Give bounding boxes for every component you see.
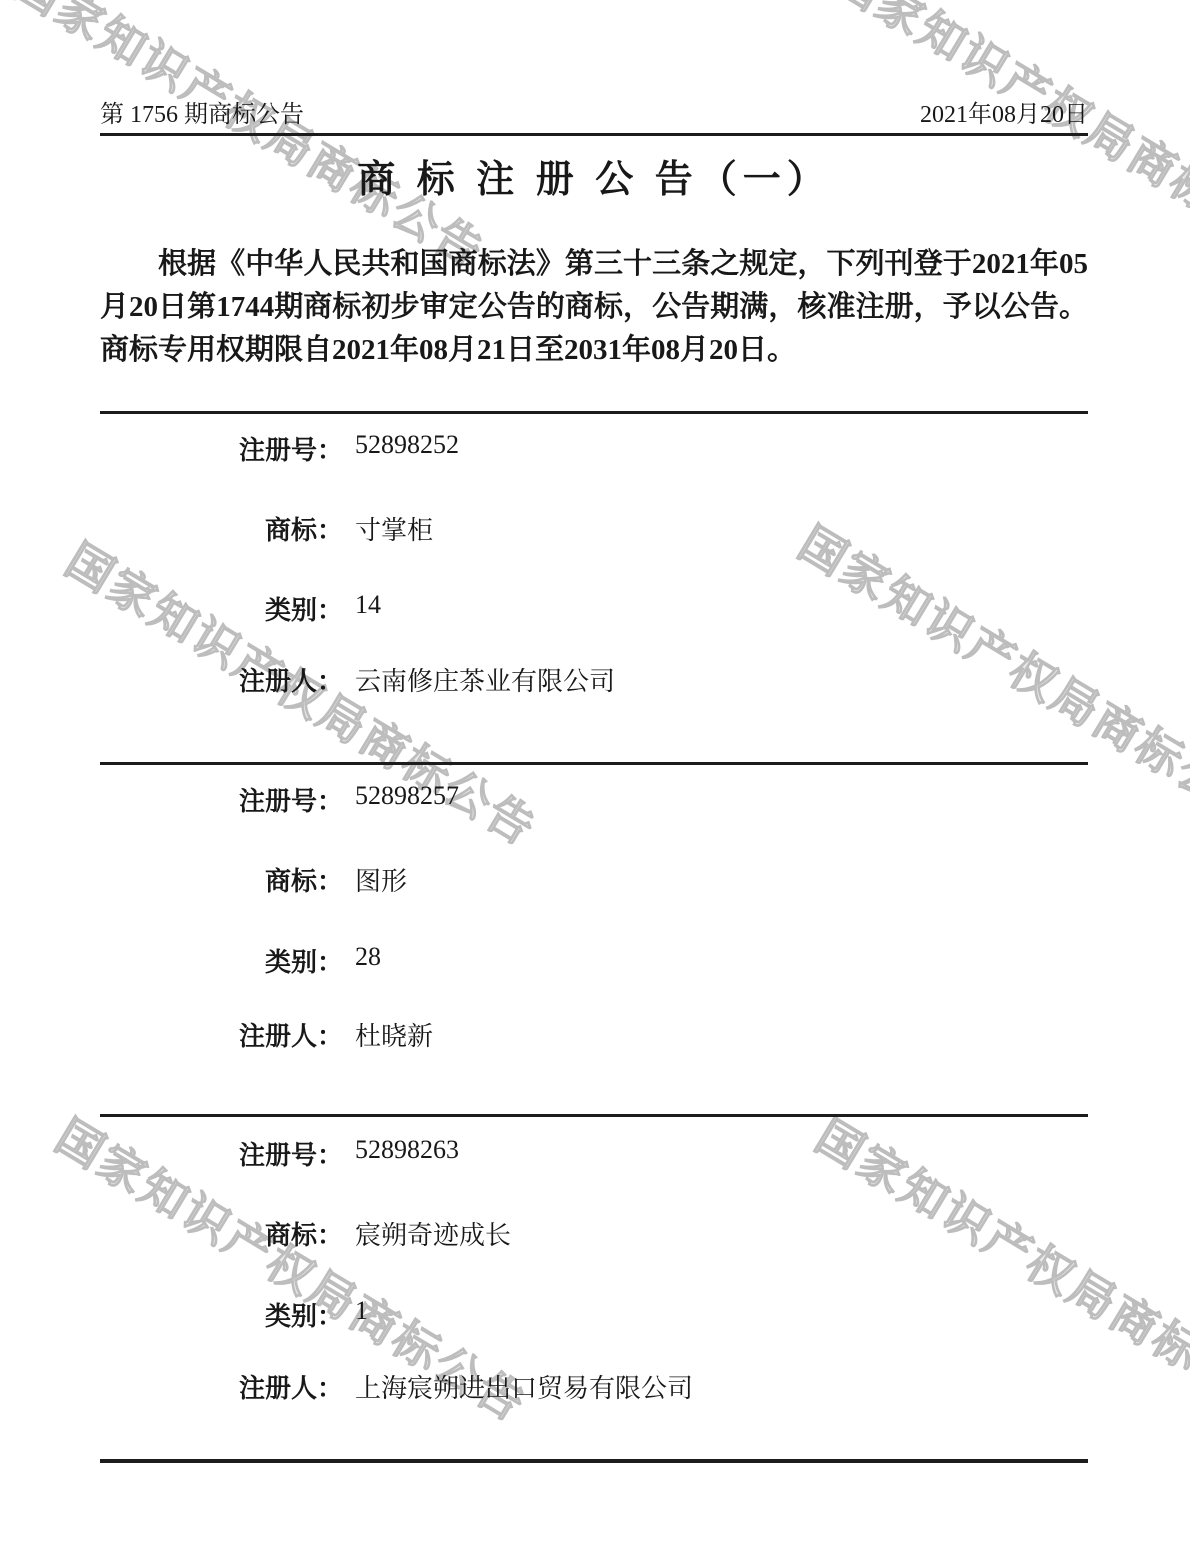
document-content: 第 1756 期商标公告 2021年08月20日 商 标 注 册 公 告（一） … [0, 0, 1190, 1564]
section-divider [100, 1114, 1088, 1117]
category-value: 28 [355, 942, 381, 972]
section-divider [100, 411, 1088, 414]
header-rule [100, 133, 1088, 136]
registrant-value: 杜晓新 [355, 1016, 433, 1053]
trademark-value: 寸掌柜 [355, 510, 433, 547]
registrant-label: 注册人： [100, 661, 343, 698]
reg-no-value: 52898257 [355, 781, 459, 811]
registrant-label: 注册人： [100, 1368, 343, 1405]
registrant-value: 上海宸朔进出口贸易有限公司 [355, 1368, 693, 1405]
trademark-value: 宸朔奇迹成长 [355, 1215, 511, 1252]
announcement-page: 国家知识产权局商标公告 国家知识产权局商标公告 国家知识产权局商标公告 国家知识… [0, 0, 1190, 1564]
trademark-value: 图形 [355, 861, 407, 898]
bottom-rule [100, 1459, 1088, 1463]
publication-date: 2021年08月20日 [920, 94, 1088, 129]
trademark-label: 商标： [100, 861, 343, 898]
issue-number: 第 1756 期商标公告 [100, 94, 304, 129]
category-label: 类别： [100, 942, 343, 979]
reg-no-label: 注册号： [100, 430, 343, 467]
section-divider [100, 762, 1088, 765]
category-label: 类别： [100, 590, 343, 627]
reg-no-label: 注册号： [100, 1135, 343, 1172]
reg-no-label: 注册号： [100, 781, 343, 818]
trademark-label: 商标： [100, 1215, 343, 1252]
category-value: 14 [355, 590, 381, 620]
category-value: 1 [355, 1296, 368, 1326]
trademark-label: 商标： [100, 510, 343, 547]
registrant-value: 云南修庄茶业有限公司 [355, 661, 615, 698]
intro-paragraph: 根据《中华人民共和国商标法》第三十三条之规定，下列刊登于2021年05月20日第… [100, 243, 1088, 372]
registrant-label: 注册人： [100, 1016, 343, 1053]
reg-no-value: 52898263 [355, 1135, 459, 1165]
page-title: 商 标 注 册 公 告（一） [100, 148, 1088, 203]
category-label: 类别： [100, 1296, 343, 1333]
reg-no-value: 52898252 [355, 430, 459, 460]
